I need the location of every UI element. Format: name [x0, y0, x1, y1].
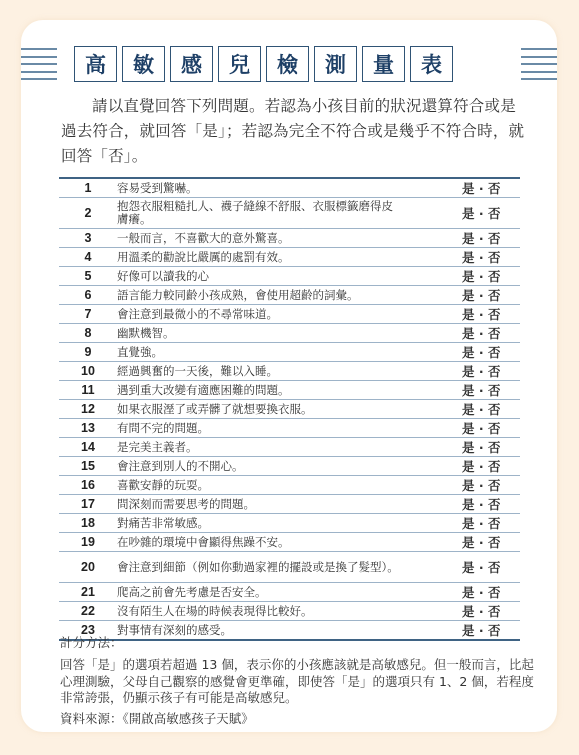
answer-options[interactable]: 是 · 否	[462, 495, 520, 514]
table-row: 15會注意到別人的不開心。是 · 否	[59, 457, 520, 476]
answer-options[interactable]: 是 · 否	[462, 533, 520, 552]
answer-options[interactable]: 是 · 否	[462, 602, 520, 621]
question-text: 是完美主義者。	[117, 438, 462, 457]
question-text: 一般而言，不喜歡大的意外驚喜。	[117, 229, 462, 248]
answer-options[interactable]: 是 · 否	[462, 400, 520, 419]
question-text: 對痛苦非常敏感。	[117, 514, 462, 533]
title-char: 檢	[266, 46, 309, 82]
question-number: 19	[59, 533, 117, 552]
question-text: 抱怨衣服粗糙扎人、襪子縫線不舒服、衣服標籤磨得皮膚癢。	[117, 198, 462, 229]
question-text: 有問不完的問題。	[117, 419, 462, 438]
table-row: 4用溫柔的勸說比嚴厲的處罰有效。是 · 否	[59, 248, 520, 267]
question-number: 3	[59, 229, 117, 248]
question-text: 會注意到細節（例如你動過家裡的擺設或是換了髮型）。	[117, 552, 462, 583]
question-text: 幽默機智。	[117, 324, 462, 343]
scoring-section: 計分方法： 回答「是」的選項若超過 13 個，表示你的小孩應該就是高敏感兒。但一…	[60, 635, 535, 727]
question-text: 沒有陌生人在場的時候表現得比較好。	[117, 602, 462, 621]
questionnaire-card: 高 敏 感 兒 檢 測 量 表 請以直覺回答下列問題。若認為小孩目前的狀況還算符…	[21, 20, 557, 732]
table-row: 20會注意到細節（例如你動過家裡的擺設或是換了髮型）。是 · 否	[59, 552, 520, 583]
title-char: 高	[74, 46, 117, 82]
source-citation: 資料來源：《開啟高敏感孩子天賦》	[60, 711, 535, 727]
title-char: 感	[170, 46, 213, 82]
title-char: 測	[314, 46, 357, 82]
answer-options[interactable]: 是 · 否	[462, 343, 520, 362]
question-number: 8	[59, 324, 117, 343]
table-row: 22沒有陌生人在場的時候表現得比較好。是 · 否	[59, 602, 520, 621]
answer-options[interactable]: 是 · 否	[462, 286, 520, 305]
question-number: 18	[59, 514, 117, 533]
question-number: 14	[59, 438, 117, 457]
table-row: 6語言能力較同齡小孩成熟，會使用超齡的詞彙。是 · 否	[59, 286, 520, 305]
table-row: 9直覺強。是 · 否	[59, 343, 520, 362]
answer-options[interactable]: 是 · 否	[462, 248, 520, 267]
question-number: 4	[59, 248, 117, 267]
question-number: 17	[59, 495, 117, 514]
table-row: 21爬高之前會先考慮是否安全。是 · 否	[59, 583, 520, 602]
question-number: 5	[59, 267, 117, 286]
question-text: 好像可以讀我的心	[117, 267, 462, 286]
table-row: 19在吵雜的環境中會顯得焦躁不安。是 · 否	[59, 533, 520, 552]
table-row: 5好像可以讀我的心是 · 否	[59, 267, 520, 286]
scoring-label: 計分方法：	[60, 635, 535, 651]
intro-text: 請以直覺回答下列問題。若認為小孩目前的狀況還算符合或是過去符合，就回答「是」；若…	[61, 94, 531, 169]
decorative-stripes-right	[521, 48, 557, 80]
table-row: 10經過興奮的一天後，難以入睡。是 · 否	[59, 362, 520, 381]
answer-options[interactable]: 是 · 否	[462, 324, 520, 343]
question-number: 12	[59, 400, 117, 419]
scoring-body: 回答「是」的選項若超過 13 個，表示你的小孩應該就是高敏感兒。但一般而言，比起…	[60, 657, 535, 707]
title-char: 兒	[218, 46, 261, 82]
answer-options[interactable]: 是 · 否	[462, 457, 520, 476]
question-number: 2	[59, 198, 117, 229]
question-number: 1	[59, 178, 117, 198]
table-row: 3一般而言，不喜歡大的意外驚喜。是 · 否	[59, 229, 520, 248]
answer-options[interactable]: 是 · 否	[462, 229, 520, 248]
question-text: 問深刻而需要思考的問題。	[117, 495, 462, 514]
table-row: 13有問不完的問題。是 · 否	[59, 419, 520, 438]
table-row: 12如果衣服溼了或弄髒了就想要換衣服。是 · 否	[59, 400, 520, 419]
table-row: 7會注意到最微小的不尋常味道。是 · 否	[59, 305, 520, 324]
answer-options[interactable]: 是 · 否	[462, 305, 520, 324]
question-text: 語言能力較同齡小孩成熟，會使用超齡的詞彙。	[117, 286, 462, 305]
page-title: 高 敏 感 兒 檢 測 量 表	[74, 46, 453, 82]
question-text: 會注意到別人的不開心。	[117, 457, 462, 476]
answer-options[interactable]: 是 · 否	[462, 514, 520, 533]
answer-options[interactable]: 是 · 否	[462, 419, 520, 438]
question-number: 10	[59, 362, 117, 381]
answer-options[interactable]: 是 · 否	[462, 362, 520, 381]
question-text: 喜歡安靜的玩耍。	[117, 476, 462, 495]
question-text: 經過興奮的一天後，難以入睡。	[117, 362, 462, 381]
question-number: 16	[59, 476, 117, 495]
question-text: 直覺強。	[117, 343, 462, 362]
answer-options[interactable]: 是 · 否	[462, 198, 520, 229]
question-number: 15	[59, 457, 117, 476]
question-number: 22	[59, 602, 117, 621]
answer-options[interactable]: 是 · 否	[462, 552, 520, 583]
table-row: 8幽默機智。是 · 否	[59, 324, 520, 343]
questions-table: 1容易受到驚嚇。是 · 否2抱怨衣服粗糙扎人、襪子縫線不舒服、衣服標籤磨得皮膚癢…	[59, 177, 520, 641]
answer-options[interactable]: 是 · 否	[462, 178, 520, 198]
question-number: 9	[59, 343, 117, 362]
question-text: 遇到重大改變有適應困難的問題。	[117, 381, 462, 400]
title-char: 量	[362, 46, 405, 82]
question-text: 用溫柔的勸說比嚴厲的處罰有效。	[117, 248, 462, 267]
table-row: 2抱怨衣服粗糙扎人、襪子縫線不舒服、衣服標籤磨得皮膚癢。是 · 否	[59, 198, 520, 229]
table-row: 16喜歡安靜的玩耍。是 · 否	[59, 476, 520, 495]
question-number: 20	[59, 552, 117, 583]
title-char: 表	[410, 46, 453, 82]
title-row: 高 敏 感 兒 檢 測 量 表	[21, 46, 557, 82]
question-text: 爬高之前會先考慮是否安全。	[117, 583, 462, 602]
table-row: 17問深刻而需要思考的問題。是 · 否	[59, 495, 520, 514]
question-number: 13	[59, 419, 117, 438]
table-row: 18對痛苦非常敏感。是 · 否	[59, 514, 520, 533]
table-row: 11遇到重大改變有適應困難的問題。是 · 否	[59, 381, 520, 400]
answer-options[interactable]: 是 · 否	[462, 267, 520, 286]
table-row: 14是完美主義者。是 · 否	[59, 438, 520, 457]
decorative-stripes-left	[21, 48, 57, 80]
question-text: 容易受到驚嚇。	[117, 178, 462, 198]
question-text: 在吵雜的環境中會顯得焦躁不安。	[117, 533, 462, 552]
title-char: 敏	[122, 46, 165, 82]
answer-options[interactable]: 是 · 否	[462, 583, 520, 602]
question-number: 11	[59, 381, 117, 400]
question-text: 如果衣服溼了或弄髒了就想要換衣服。	[117, 400, 462, 419]
question-number: 7	[59, 305, 117, 324]
answer-options[interactable]: 是 · 否	[462, 381, 520, 400]
question-number: 6	[59, 286, 117, 305]
answer-options[interactable]: 是 · 否	[462, 476, 520, 495]
question-number: 21	[59, 583, 117, 602]
answer-options[interactable]: 是 · 否	[462, 438, 520, 457]
question-text: 會注意到最微小的不尋常味道。	[117, 305, 462, 324]
table-row: 1容易受到驚嚇。是 · 否	[59, 178, 520, 198]
